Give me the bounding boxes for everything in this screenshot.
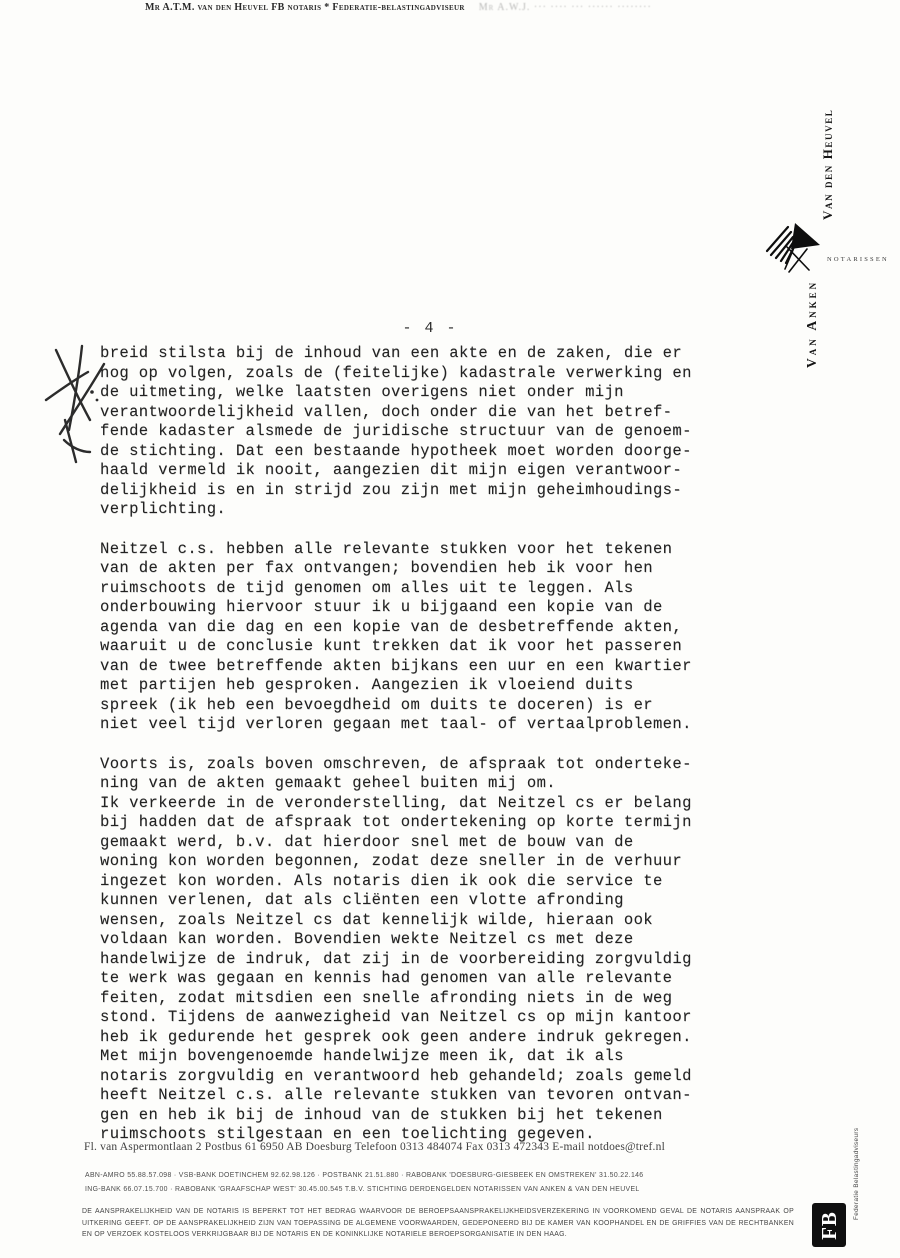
letterhead-notary-name: Mr A.T.M. van den Heuvel FB notaris * Fe… xyxy=(145,2,465,13)
letterhead-top-line: Mr A.T.M. van den Heuvel FB notaris * Fe… xyxy=(145,2,865,13)
letter-body: breid stilsta bij de inhoud van een akte… xyxy=(100,344,780,1165)
scanned-letter-page: Mr A.T.M. van den Heuvel FB notaris * Fe… xyxy=(0,0,900,1258)
brand-name-van-den-heuvel: Van den Heuvel xyxy=(820,104,836,220)
bowtie-logo-icon xyxy=(764,222,822,276)
footer-bank-accounts-line-1: ABN-AMRO 55.88.57.098 · VSB-BANK DOETINC… xyxy=(85,1172,815,1179)
paragraph-3: Voorts is, zoals boven omschreven, de af… xyxy=(100,755,780,1145)
footer-address-line: Fl. van Aspermontlaan 2 Postbus 61 6950 … xyxy=(84,1141,824,1153)
fb-logo-letters: FB xyxy=(817,1211,842,1240)
footer-liability-disclaimer: De aansprakelijkheid van de notaris is b… xyxy=(82,1206,794,1241)
brand-subtitle-notarissen: notarissen xyxy=(827,256,889,263)
letterhead-faded-text: Mr A.W.J. ··· ···· ··· ······ ········ xyxy=(479,2,652,13)
footer-bank-accounts-line-2: ING-BANK 66.07.15.700 · RABOBANK 'GRAAFS… xyxy=(85,1186,815,1193)
paragraph-2: Neitzel c.s. hebben alle relevante stukk… xyxy=(100,540,780,735)
fb-federatie-logo: FB xyxy=(812,1203,846,1247)
fb-logo-caption: Federatie Belastingadviseurs xyxy=(853,1140,860,1220)
paragraph-1: breid stilsta bij de inhoud van een akte… xyxy=(100,344,780,520)
page-number: - 4 - xyxy=(0,320,860,337)
